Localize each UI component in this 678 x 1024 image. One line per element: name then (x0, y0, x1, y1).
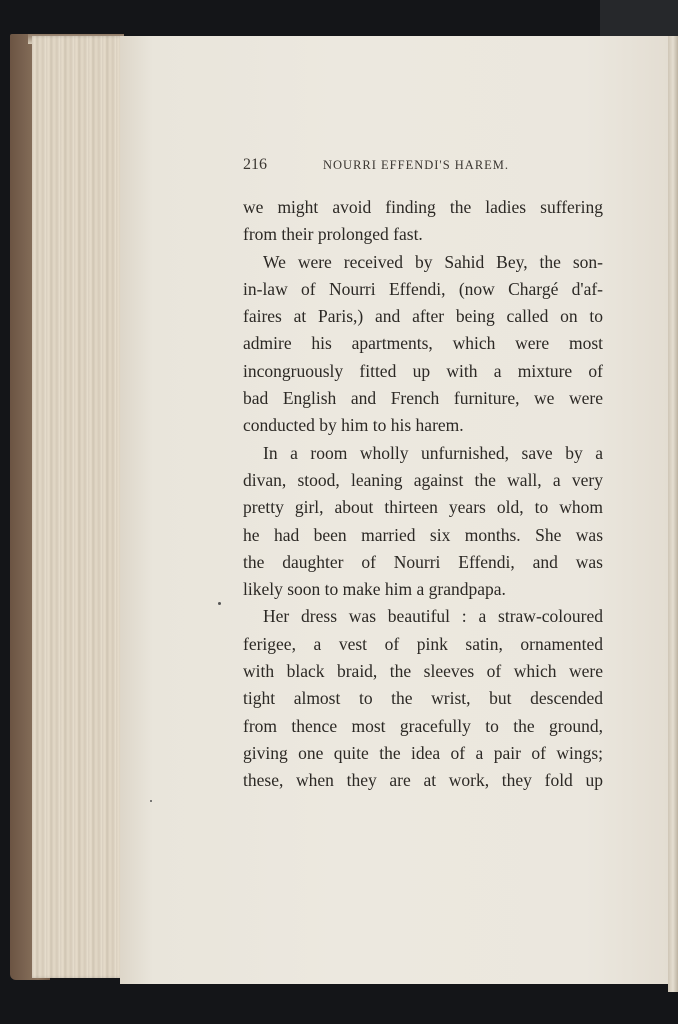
text-line: the daughter of Nourri Effendi, and was (243, 549, 603, 576)
backdrop (600, 0, 678, 36)
facing-page-edge (668, 36, 678, 992)
text-line: tight almost to the wrist, but descended (243, 685, 603, 712)
text-line: faires at Paris,) and after being called… (243, 303, 603, 330)
margin-speck (218, 602, 221, 605)
chapter-title: NOURRI EFFENDI'S HAREM. (323, 158, 509, 173)
running-head: 216 NOURRI EFFENDI'S HAREM. (243, 156, 603, 176)
text-line: pretty girl, about thirteen years old, t… (243, 494, 603, 521)
page-number: 216 (243, 156, 267, 174)
text-line: likely soon to make him a grandpapa. (243, 576, 603, 603)
text-line: bad English and French furniture, we wer… (243, 385, 603, 412)
text-line: we might avoid finding the ladies suffer… (243, 194, 603, 221)
text-line: from their prolonged fast. (243, 221, 603, 248)
text-line: from thence most gracefully to the groun… (243, 713, 603, 740)
text-line: We were received by Sahid Bey, the son- (243, 249, 603, 276)
text-line: Her dress was beautiful : a straw-colour… (243, 603, 603, 630)
margin-speck (150, 800, 152, 802)
body-text: we might avoid finding the ladies suffer… (243, 194, 603, 795)
text-line: incongruously fitted up with a mixture o… (243, 358, 603, 385)
text-line: conducted by him to his harem. (243, 412, 603, 439)
text-line: with black braid, the sleeves of which w… (243, 658, 603, 685)
book-scan: 216 NOURRI EFFENDI'S HAREM. we might avo… (0, 0, 678, 1024)
text-line: divan, stood, leaning against the wall, … (243, 467, 603, 494)
text-line: he had been married six months. She was (243, 522, 603, 549)
text-line: ferigee, a vest of pink satin, ornamente… (243, 631, 603, 658)
text-line: in-law of Nourri Effendi, (now Chargé d'… (243, 276, 603, 303)
text-line: admire his apartments, which were most (243, 330, 603, 357)
page-block-edges (32, 36, 124, 978)
text-line: these, when they are at work, they fold … (243, 767, 603, 794)
text-line: In a room wholly unfurnished, save by a (243, 440, 603, 467)
text-line: giving one quite the idea of a pair of w… (243, 740, 603, 767)
